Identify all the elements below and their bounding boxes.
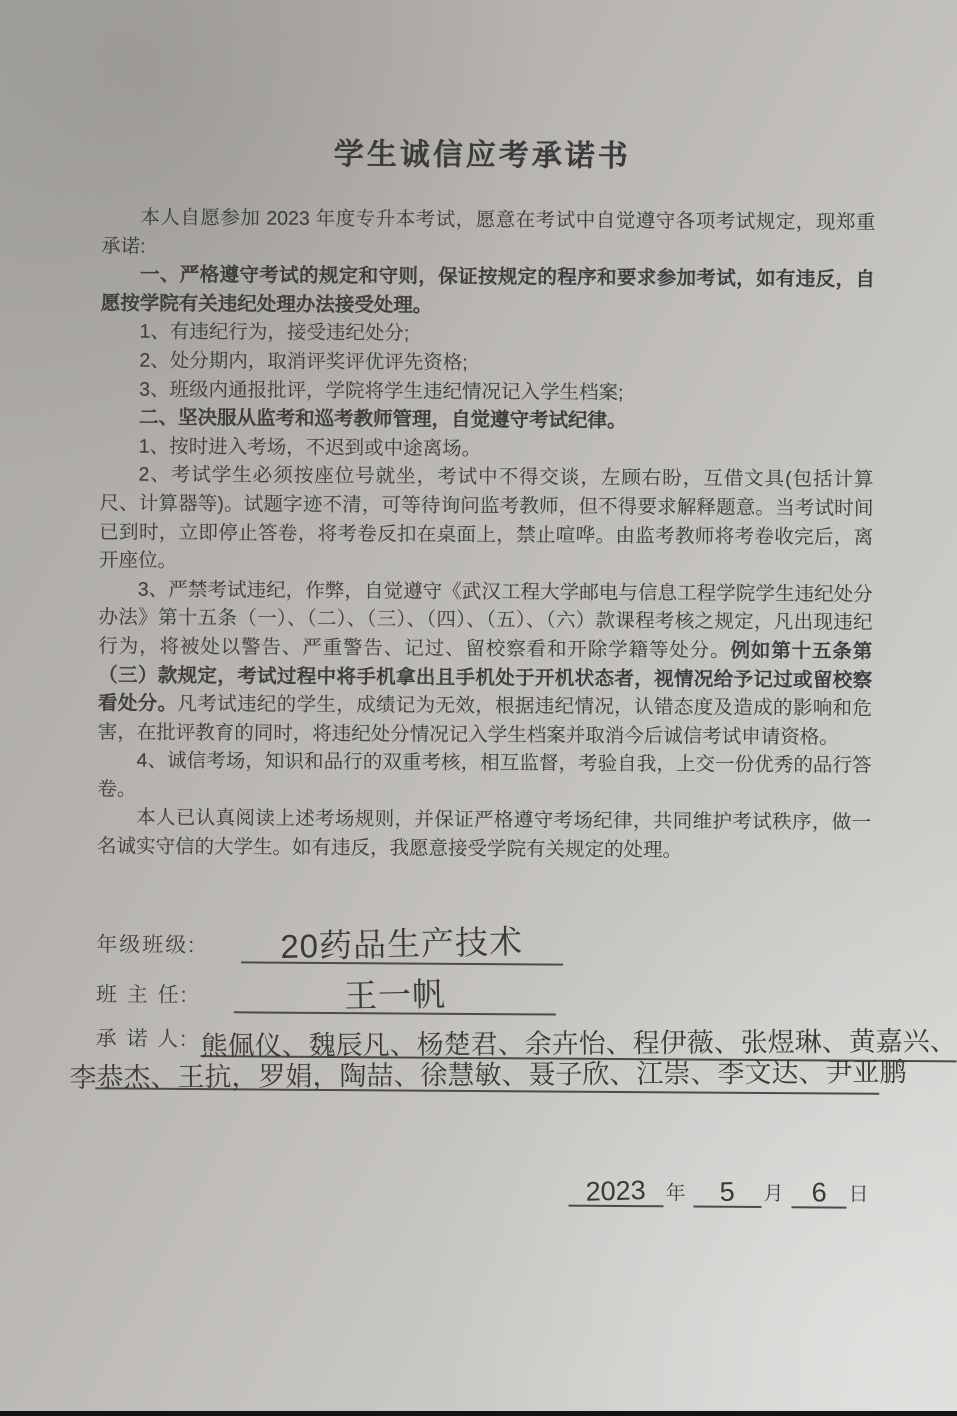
paragraph-intro: 本人自愿参加 2023 年度专升本考试，愿意在考试中自觉遵守各项考试规定，现郑重… [101,203,875,266]
paragraph-rule-3: 3、严禁考试违纪，作弊，自觉遵守《武汉工程大学邮电与信息工程学院学生违纪处分办法… [98,575,873,752]
date-day-handwritten: 6 [811,1179,827,1206]
date-month-underline: 5 [693,1179,761,1208]
rule-3-segment-regular-b: 凡考试违纪的学生，成绩记为无效，根据违纪情况，认错态度及造成的影响和危害，在批评… [98,693,872,748]
date-month-handwritten: 5 [720,1179,736,1206]
date-year-underline: 2023 [569,1178,664,1208]
grade-class-underline: 20药品生产技术 [241,926,563,965]
date-day-label: 日 [846,1178,870,1209]
paragraph-closing: 本人已认真阅读上述考场规则，并保证严格遵守考场纪律，共同维护考试秩序，做一名诚实… [97,804,871,867]
promisors-handwritten-line2: 李恭杰、王抗，罗娟，陶喆、徐慧敏、聂子欣、江崇、李文达、尹亚鹏 [69,1058,906,1092]
document-body: 本人自愿参加 2023 年度专升本考试，愿意在考试中自觉遵守各项考试规定，现郑重… [97,203,876,866]
date-row: 2023 年 5 月 6 日 [569,1176,871,1209]
document-page: 学生诚信应考承诺书 本人自愿参加 2023 年度专升本考试，愿意在考试中自觉遵守… [0,0,957,1413]
head-teacher-label: 班 主 任: [96,979,189,1014]
paragraph-rule-4: 4、诚信考场，知识和品行的双重考核，相互监督，考验自我，上交一份优秀的品行答卷。 [97,747,871,810]
table-edge-strip [0,1411,957,1416]
paragraph-section-one: 一、严格遵守考试的规定和守则，保证按规定的程序和要求参加考试，如有违反，自愿按学… [101,261,875,324]
grade-class-handwritten-value: 20药品生产技术 [280,925,523,965]
document-title: 学生诚信应考承诺书 [4,127,957,178]
promisors-row-continued: 李恭杰、王抗，罗娟，陶喆、徐慧敏、聂子欣、江崇、李文达、尹亚鹏 [95,1059,879,1095]
head-teacher-underline: 王一帆 [233,977,555,1016]
date-day-underline: 6 [791,1179,846,1208]
date-month-label: 月 [761,1177,785,1208]
date-year-handwritten: 2023 [586,1177,647,1206]
grade-class-label: 年级班级: [96,928,196,963]
head-teacher-row: 班 主 任: 王一帆 [96,976,880,1018]
head-teacher-handwritten-value: 王一帆 [343,977,446,1014]
paragraph-rule-2: 2、考试学生必须按座位号就坐，考试中不得交谈，左顾右盼，互借文具(包括计算尺、计… [99,461,874,581]
promisors-underline-line2: 李恭杰、王抗，罗娟，陶喆、徐慧敏、聂子欣、江崇、李文达、尹亚鹏 [95,1059,879,1095]
grade-class-row: 年级班级: 20药品生产技术 [96,925,880,967]
date-year-label: 年 [663,1176,687,1207]
promisors-row: 承 诺 人: 熊佩仪、魏辰凡、杨楚君、余卉怡、程伊薇、张煜琳、黄嘉兴、 [96,1023,880,1062]
photographed-document: 学生诚信应考承诺书 本人自愿参加 2023 年度专升本考试，愿意在考试中自觉遵守… [0,0,957,1416]
promisors-handwritten-line1: 熊佩仪、魏辰凡、杨楚君、余卉怡、程伊薇、张煜琳、黄嘉兴、 [200,1027,956,1061]
promisors-label: 承 诺 人: [96,1023,189,1058]
signature-form: 年级班级: 20药品生产技术 班 主 任: 王一帆 承 诺 人: 熊佩仪、魏辰凡… [95,925,880,1094]
